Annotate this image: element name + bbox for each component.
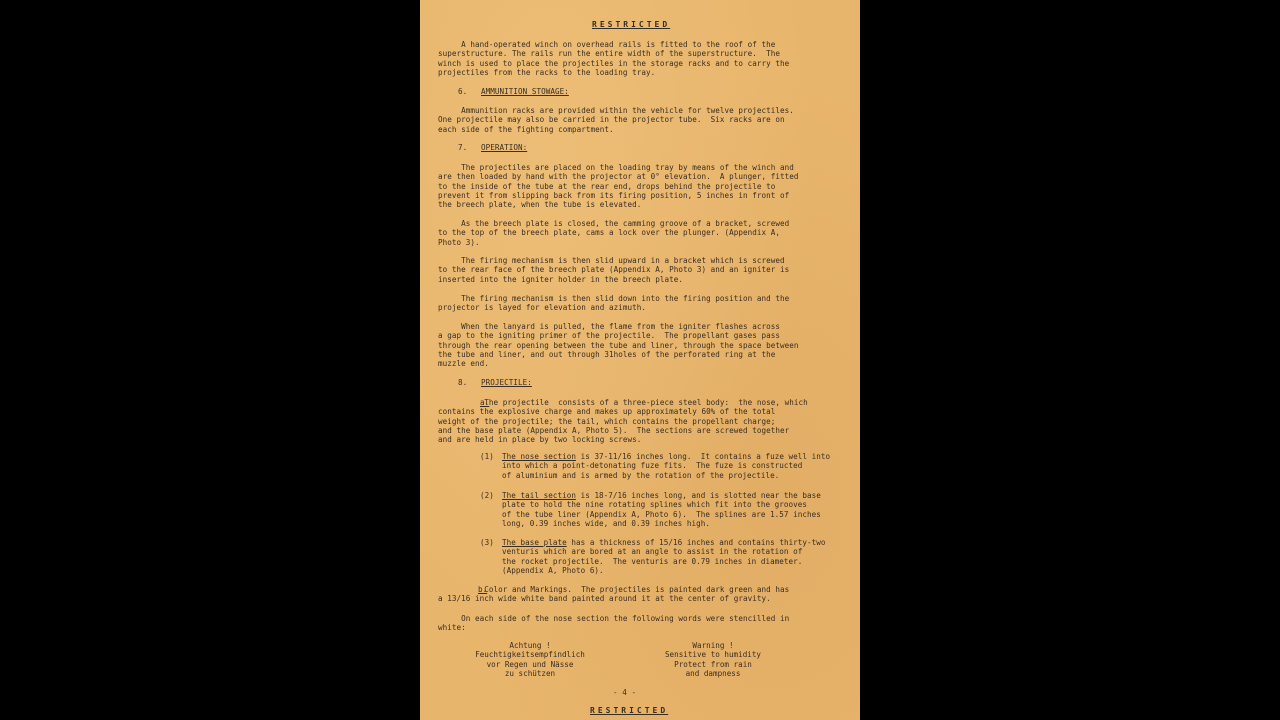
item-2-text: The tail section is 18-7/16 inches long,… <box>502 491 821 528</box>
item-term: The base plate <box>502 538 567 547</box>
section-7-paragraph-4: The firing mechanism is then slid down i… <box>438 294 789 313</box>
section-7-number: 7. <box>458 143 467 152</box>
section-8-heading: PROJECTILE: <box>481 378 532 387</box>
stencil-english: Warning ! Sensitive to humidity Protect … <box>648 641 778 679</box>
section-6-number: 6. <box>458 87 467 96</box>
section-7-paragraph-3: The firing mechanism is then slid upward… <box>438 256 789 284</box>
section-7-paragraph-5: When the lanyard is pulled, the flame fr… <box>438 322 799 368</box>
section-7-paragraph-2: As the breech plate is closed, the cammi… <box>438 219 789 247</box>
stencil-german: Achtung ! Feuchtigkeitsempfindlich vor R… <box>460 641 600 679</box>
classification-header: RESTRICTED <box>592 20 670 29</box>
section-7-heading: OPERATION: <box>481 143 527 152</box>
page-number: - 4 - <box>613 688 636 697</box>
subsection-b-text: Color and Markings. The projectiles is p… <box>438 585 789 604</box>
classification-footer: RESTRICTED <box>590 706 668 715</box>
document-page: RESTRICTED A hand-operated winch on over… <box>420 0 860 720</box>
section-6-heading: AMMUNITION STOWAGE: <box>481 87 569 96</box>
section-6-paragraph: Ammunition racks are provided within the… <box>438 106 794 134</box>
section-8-number: 8. <box>458 378 467 387</box>
section-7-paragraph-1: The projectiles are placed on the loadin… <box>438 163 799 209</box>
intro-paragraph: A hand-operated winch on overhead rails … <box>438 40 789 77</box>
item-1-number: (1) <box>480 452 494 461</box>
item-1-text: The nose section is 37-11/16 inches long… <box>502 452 830 480</box>
item-term: The nose section <box>502 452 576 461</box>
stencil-intro: On each side of the nose section the fol… <box>438 614 789 633</box>
item-3-number: (3) <box>480 538 494 547</box>
subsection-a-text: The projectile consists of a three-piece… <box>438 398 808 444</box>
item-term: The tail section <box>502 491 576 500</box>
item-3-text: The base plate has a thickness of 15/16 … <box>502 538 826 575</box>
item-2-number: (2) <box>480 491 494 500</box>
